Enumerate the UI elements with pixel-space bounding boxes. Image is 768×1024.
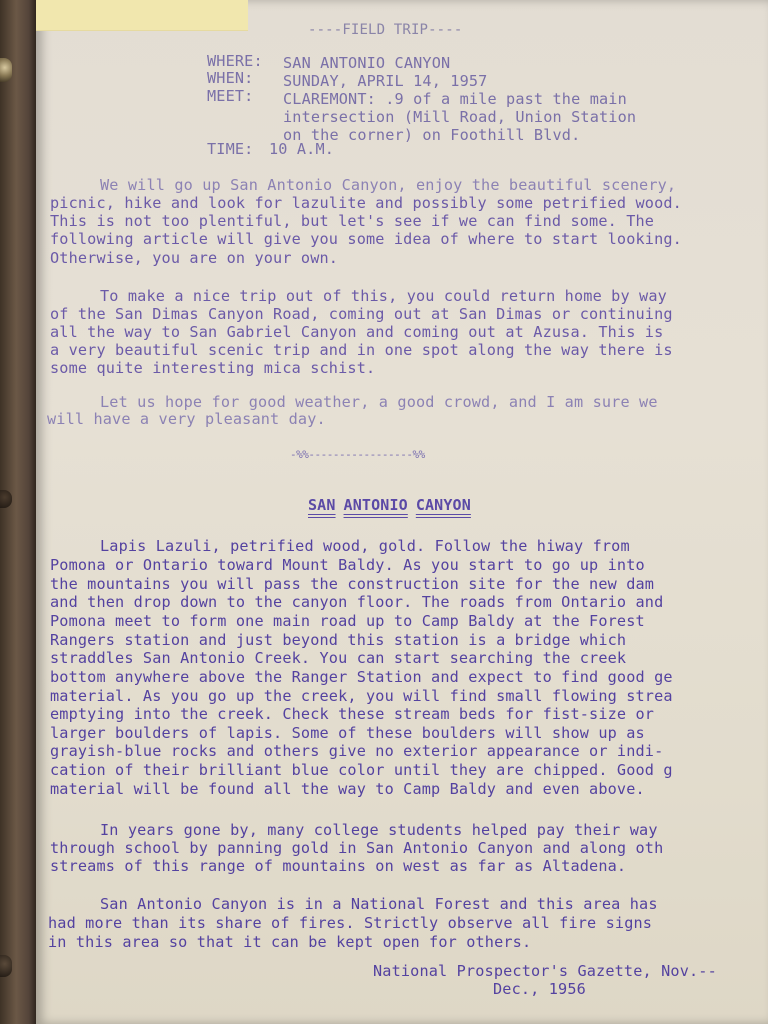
detail-value-when: SUNDAY, APRIL 14, 1957 [283,72,487,90]
attribution-date: Dec., 1956 [493,980,586,998]
intro-p2-line: some quite interesting mica schist. [50,359,375,377]
detail-label-when: WHEN: [207,69,253,87]
article-title-word: CANYON [416,496,471,514]
detail-label-time: TIME: [207,140,253,158]
detail-value-time: 10 A.M. [269,140,334,158]
article-p1-line: grayish-blue rocks and others give no ex… [50,742,663,760]
article-title-word: SAN [308,496,336,514]
article-p3-line: San Antonio Canyon is in a National Fore… [100,895,658,913]
intro-p1-line: This is not too plentiful, but let's see… [50,212,654,230]
ornamental-divider: -%%-----------------%% [290,446,425,464]
article-p1-line: the mountains you will pass the construc… [50,575,654,593]
article-p2-line: through school by panning gold in San An… [50,839,663,857]
detail-value-where: SAN ANTONIO CANYON [283,54,450,72]
typewritten-document: ----FIELD TRIP---- WHERE: SAN ANTONIO CA… [0,0,768,1024]
article-p3-line: had more than its share of fires. Strict… [48,914,652,932]
article-p1-line: material. As you go up the creek, you wi… [50,687,673,705]
intro-p1-line: picnic, hike and look for lazulite and p… [50,194,682,212]
article-p1-line: emptying into the creek. Check these str… [50,705,654,723]
article-p1-line: Lapis Lazuli, petrified wood, gold. Foll… [100,537,630,555]
intro-p1-line: We will go up San Antonio Canyon, enjoy … [100,176,676,194]
article-p1-line: cation of their brilliant blue color unt… [50,761,673,779]
intro-p2-line: all the way to San Gabriel Canyon and co… [50,323,663,341]
intro-p1-line: Otherwise, you are on your own. [50,249,338,267]
article-p1-line: straddles San Antonio Creek. You can sta… [50,649,626,667]
intro-p2-line: a very beautiful scenic trip and in one … [50,341,673,359]
article-p1-line: larger boulders of lapis. Some of these … [50,724,645,742]
intro-p1-line: following article will give you some ide… [50,230,682,248]
article-p1-line: Pomona or Ontario toward Mount Baldy. As… [50,556,645,574]
intro-p2-line: of the San Dimas Canyon Road, coming out… [50,305,673,323]
document-title: ----FIELD TRIP---- [308,21,462,39]
article-p1-line: and then drop down to the canyon floor. … [50,593,663,611]
intro-p2-line: To make a nice trip out of this, you cou… [100,287,667,305]
intro-p3-line: Let us hope for good weather, a good cro… [100,393,658,411]
article-p1-line: bottom anywhere above the Ranger Station… [50,668,673,686]
article-p1-line: Rangers station and just beyond this sta… [50,631,626,649]
article-title: SANANTONIOCANYON [308,496,479,514]
detail-label-meet: MEET: [207,87,253,105]
article-p2-line: In years gone by, many college students … [100,821,658,839]
article-p3-line: in this area so that it can be kept open… [48,933,531,951]
detail-label-where: WHERE: [207,52,263,70]
detail-value-meet: CLAREMONT: .9 of a mile past the main [283,90,627,108]
article-p1-line: Pomona meet to form one main road up to … [50,612,645,630]
article-p2-line: streams of this range of mountains on we… [50,857,626,875]
intro-p3-line: will have a very pleasant day. [47,410,326,428]
detail-value-meet-cont: intersection (Mill Road, Union Station [283,108,636,126]
article-p1-line: material will be found all the way to Ca… [50,780,645,798]
article-title-word: ANTONIO [344,496,408,514]
attribution-source: National Prospector's Gazette, Nov.-- [373,962,717,980]
